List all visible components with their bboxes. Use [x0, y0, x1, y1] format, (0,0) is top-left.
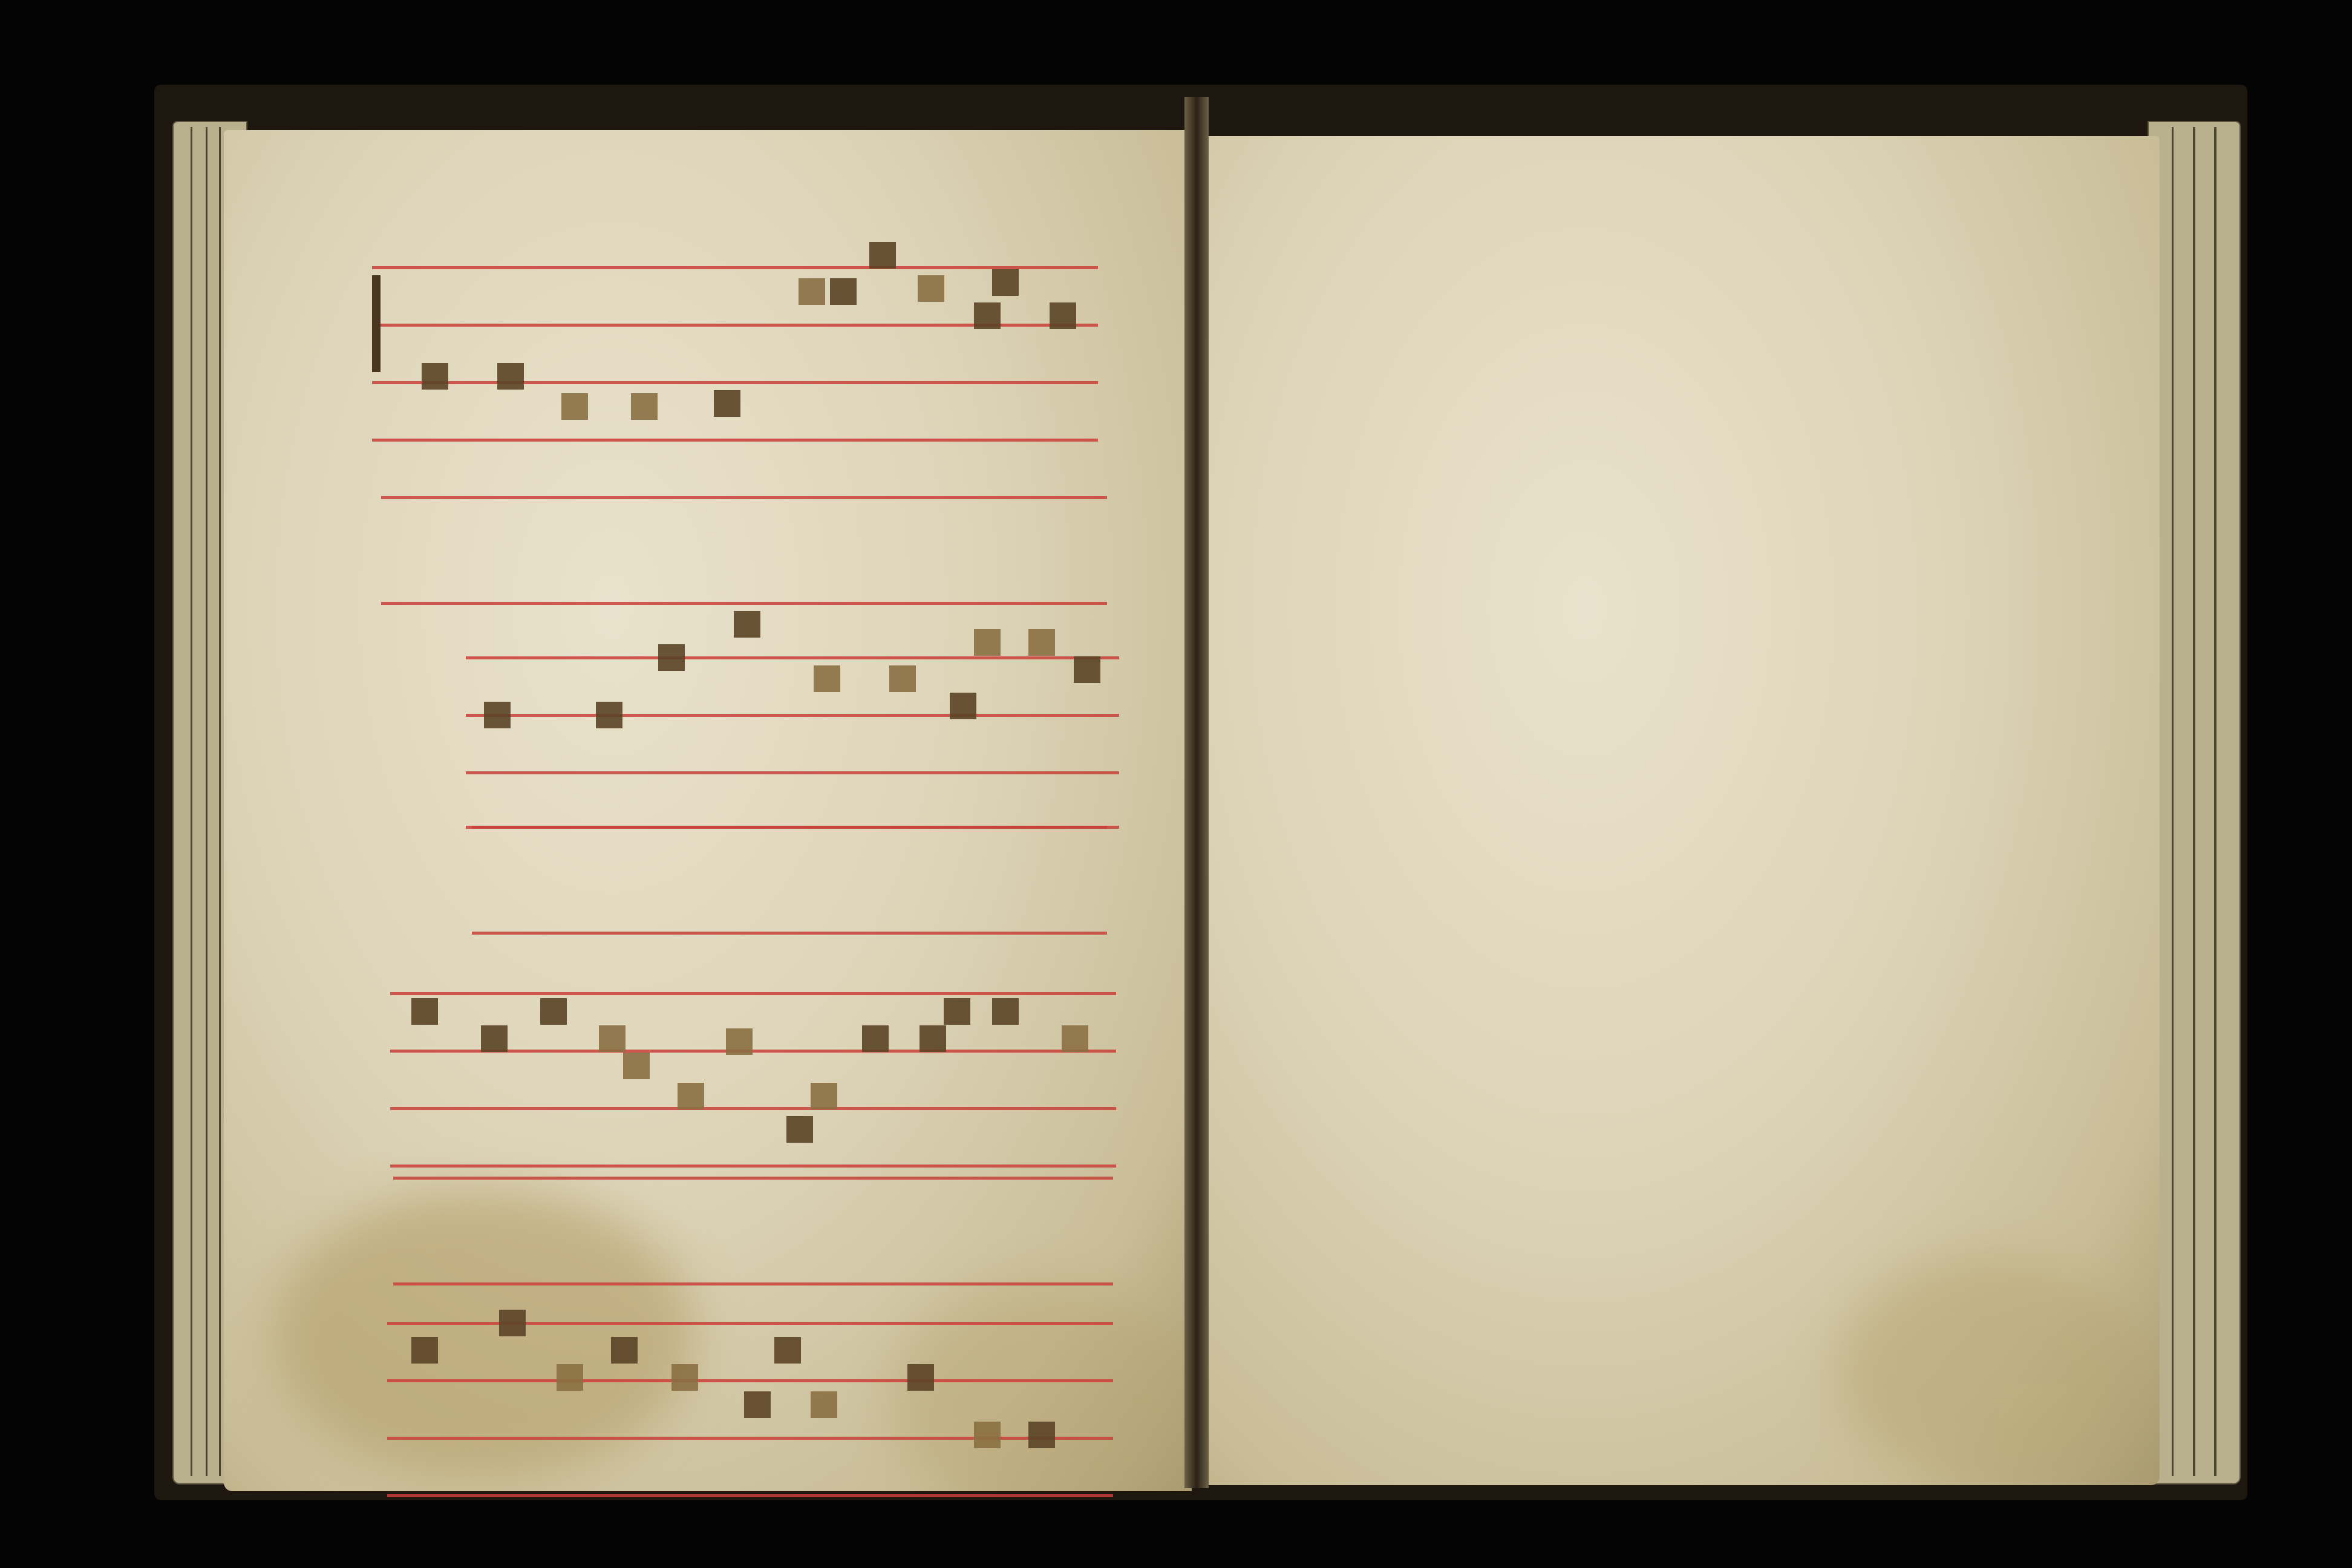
note	[726, 1028, 753, 1055]
note	[974, 629, 1001, 656]
note	[499, 1310, 526, 1336]
staff	[466, 656, 1119, 832]
left-edge-line	[206, 127, 207, 1476]
text-rule	[472, 826, 1107, 935]
note	[889, 665, 916, 692]
note	[1062, 1025, 1088, 1052]
note	[596, 702, 622, 728]
note	[411, 1337, 438, 1364]
note	[918, 275, 944, 302]
note	[411, 998, 438, 1025]
note	[1074, 656, 1100, 683]
book-spine	[1184, 97, 1209, 1488]
left-edge-line	[219, 127, 221, 1476]
note	[992, 269, 1019, 296]
note	[1028, 629, 1055, 656]
right-page	[1201, 136, 2160, 1485]
note	[623, 1053, 650, 1079]
water-stain	[1836, 1255, 2138, 1485]
note	[950, 693, 976, 719]
note	[830, 278, 857, 305]
note	[484, 702, 511, 728]
note	[481, 1025, 508, 1052]
note	[540, 998, 567, 1025]
note	[814, 665, 840, 692]
text-rule	[393, 1177, 1113, 1285]
note	[714, 390, 740, 417]
note	[944, 998, 970, 1025]
note	[658, 644, 685, 671]
note	[734, 611, 760, 638]
note	[920, 1025, 946, 1052]
right-edge-line	[2214, 127, 2216, 1476]
staff	[372, 266, 1098, 448]
note	[992, 998, 1019, 1025]
left-edge-line	[191, 127, 192, 1476]
note	[557, 1364, 583, 1391]
note	[561, 393, 588, 420]
note	[1050, 302, 1076, 329]
note	[422, 363, 448, 390]
note	[678, 1083, 704, 1109]
note	[862, 1025, 889, 1052]
note	[974, 1422, 1001, 1448]
note	[1028, 1422, 1055, 1448]
note	[811, 1083, 837, 1109]
right-edge-line	[2193, 127, 2195, 1476]
note	[744, 1391, 771, 1418]
note	[599, 1025, 626, 1052]
note	[774, 1337, 801, 1364]
clef	[372, 275, 381, 372]
right-edge-line	[2172, 127, 2174, 1476]
note	[799, 278, 825, 305]
note	[907, 1364, 934, 1391]
note	[671, 1364, 698, 1391]
text-rule	[381, 496, 1107, 605]
note	[611, 1337, 638, 1364]
note	[631, 393, 658, 420]
note	[811, 1391, 837, 1418]
note	[497, 363, 524, 390]
note	[974, 302, 1001, 329]
note	[869, 242, 896, 269]
note	[786, 1116, 813, 1143]
